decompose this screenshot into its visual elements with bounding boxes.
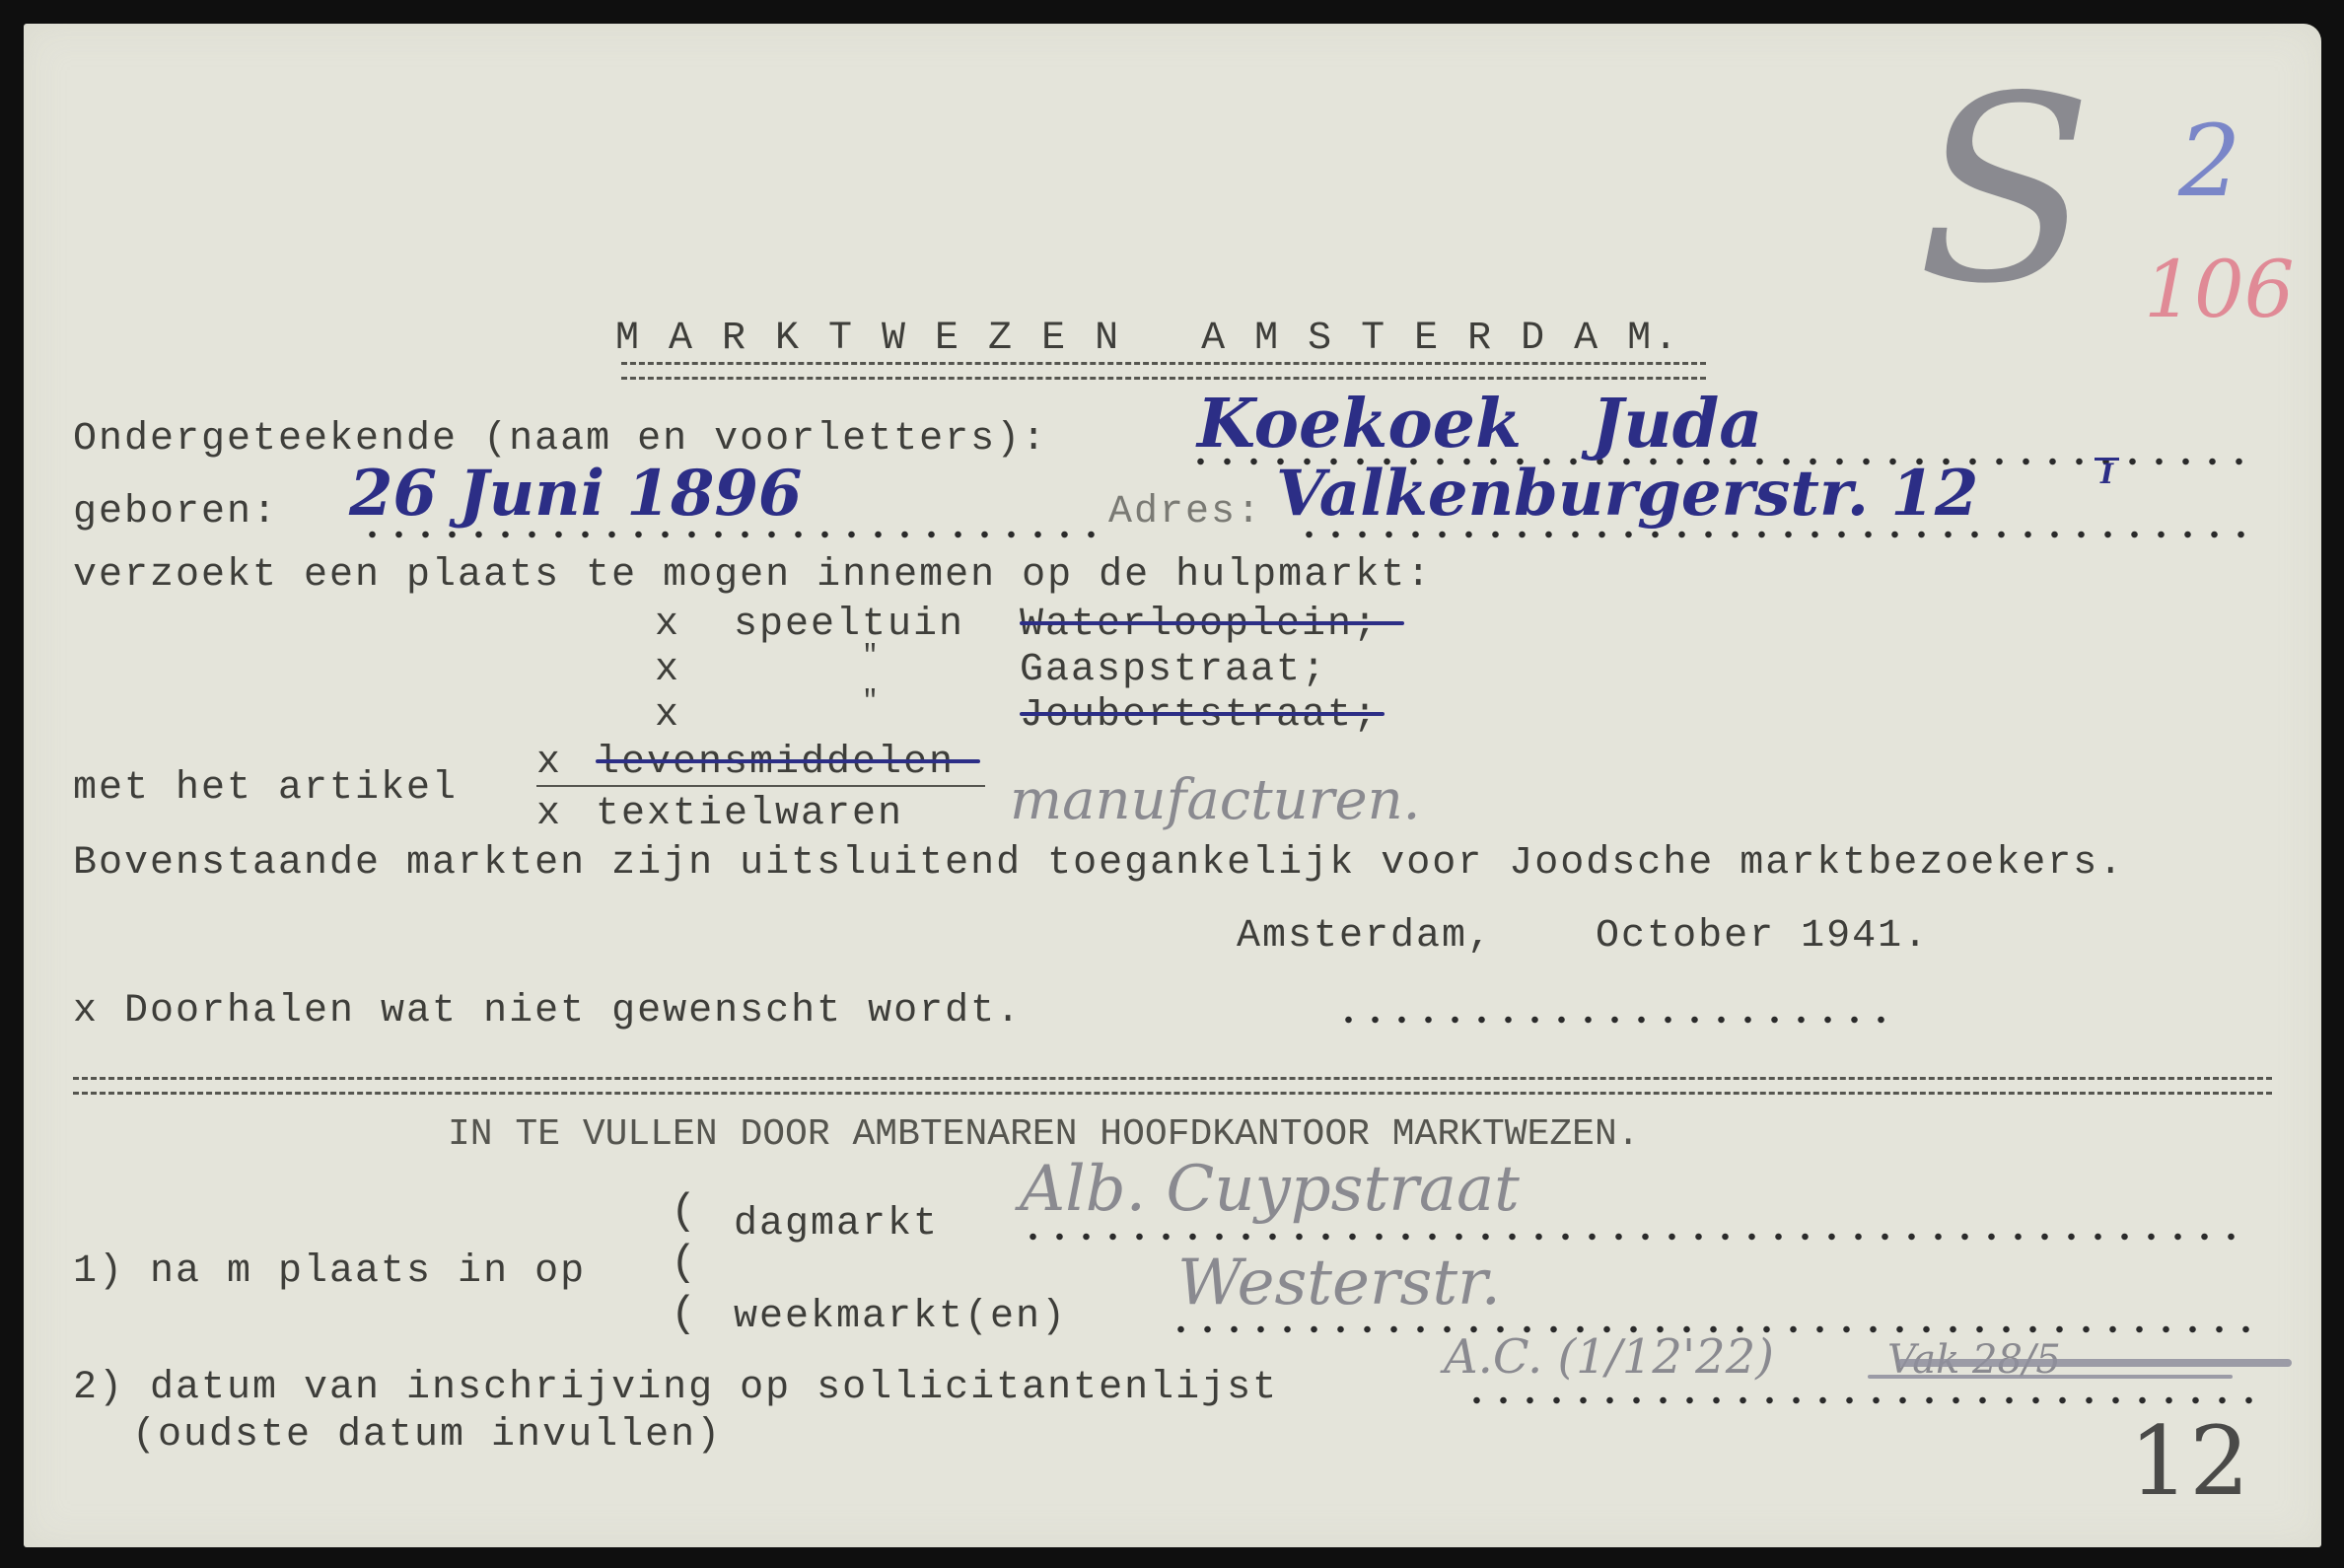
item1-label: 1) na m plaats in op bbox=[73, 1252, 586, 1292]
strike-item2 bbox=[1868, 1375, 2233, 1379]
article-note: manufacturen. bbox=[1010, 773, 1420, 828]
born-label: geboren: bbox=[73, 493, 278, 533]
weekmarkt-value: Westerstr. bbox=[1177, 1251, 1501, 1315]
strike-levensmiddelen bbox=[596, 759, 980, 763]
address-label: Adres: bbox=[1108, 493, 1262, 533]
strike-waterlooplein bbox=[1020, 621, 1404, 625]
brace-icon: ( bbox=[671, 1290, 696, 1339]
footnote: x Doorhalen wat niet gewenscht wordt. bbox=[73, 992, 1022, 1032]
bottom-number: 12 bbox=[2129, 1414, 2249, 1509]
article-textielwaren: textielwaren bbox=[596, 795, 903, 834]
name-label: Ondergeteekende (naam en voorletters): bbox=[73, 420, 1047, 460]
article-levensmiddelen: levensmiddelen bbox=[596, 744, 955, 783]
born-value: 26 Juni 1896 bbox=[349, 463, 802, 526]
registration-card: M A R K T W E Z E N A M S T E R D A M. O… bbox=[24, 24, 2321, 1547]
market-prefix: " bbox=[862, 643, 881, 671]
name-value: Koekoek Juda bbox=[1197, 391, 1762, 458]
dagmarkt-value: Alb. Cuypstraat bbox=[1020, 1158, 1520, 1221]
item2-dotted-line bbox=[1463, 1396, 2252, 1404]
article-divider bbox=[536, 785, 985, 787]
signature-mark: S bbox=[1917, 63, 2093, 320]
address-suffix: I bbox=[2095, 458, 2119, 488]
market-joubertstraat: Joubertstraat; bbox=[1020, 696, 1379, 736]
article-label: met het artikel bbox=[73, 769, 458, 809]
article-marker: x bbox=[536, 795, 562, 834]
signature-dotted-line bbox=[1335, 1016, 1887, 1024]
dagmarkt-label: dagmarkt bbox=[734, 1205, 939, 1245]
card-title: M A R K T W E Z E N A M S T E R D A M. bbox=[615, 320, 1680, 359]
item2-value: A.C. (1/12'22) bbox=[1444, 1333, 1774, 1381]
place-date: Amsterdam, October 1941. bbox=[1237, 917, 1929, 957]
brace-icon: ( bbox=[671, 1239, 696, 1288]
brace-icon: ( bbox=[671, 1187, 696, 1237]
market-marker: x bbox=[655, 651, 680, 690]
dagmarkt-dotted-line bbox=[1020, 1233, 2252, 1241]
market-marker: x bbox=[655, 606, 680, 645]
item2-sub: (oudste datum invullen) bbox=[132, 1416, 722, 1456]
section-double-rule bbox=[73, 1077, 2272, 1095]
market-waterlooplein: Waterlooplein; bbox=[1020, 606, 1379, 645]
item2-label: 2) datum van inschrijving op sollicitant… bbox=[73, 1369, 1278, 1408]
market-gaaspstraat: Gaasp­straat; bbox=[1020, 651, 1327, 690]
notice-text: Bovenstaande markten zijn uitsluitend to… bbox=[73, 844, 2124, 884]
born-dotted-line bbox=[359, 531, 1108, 538]
red-number: 106 bbox=[2144, 250, 2295, 329]
article-marker: x bbox=[536, 744, 562, 783]
strike-joubertstraat bbox=[1020, 712, 1385, 716]
market-marker: x bbox=[655, 696, 680, 736]
request-line: verzoekt een plaats te mogen innemen op … bbox=[73, 556, 1432, 596]
weekmarkt-label: weekmarkt(en) bbox=[734, 1298, 1067, 1337]
address-dotted-line bbox=[1296, 531, 2252, 538]
office-heading: IN TE VULLEN DOOR AMBTENAREN HOOFDKANTOO… bbox=[448, 1116, 1640, 1154]
strike-item2 bbox=[1897, 1359, 2292, 1367]
blue-number: 2 bbox=[2178, 112, 2241, 211]
title-double-rule bbox=[621, 362, 1706, 380]
market-prefix: " bbox=[862, 688, 881, 716]
address-value: Valkenburgerstr. 12 bbox=[1276, 463, 1978, 526]
market-prefix: speeltuin bbox=[734, 606, 964, 645]
